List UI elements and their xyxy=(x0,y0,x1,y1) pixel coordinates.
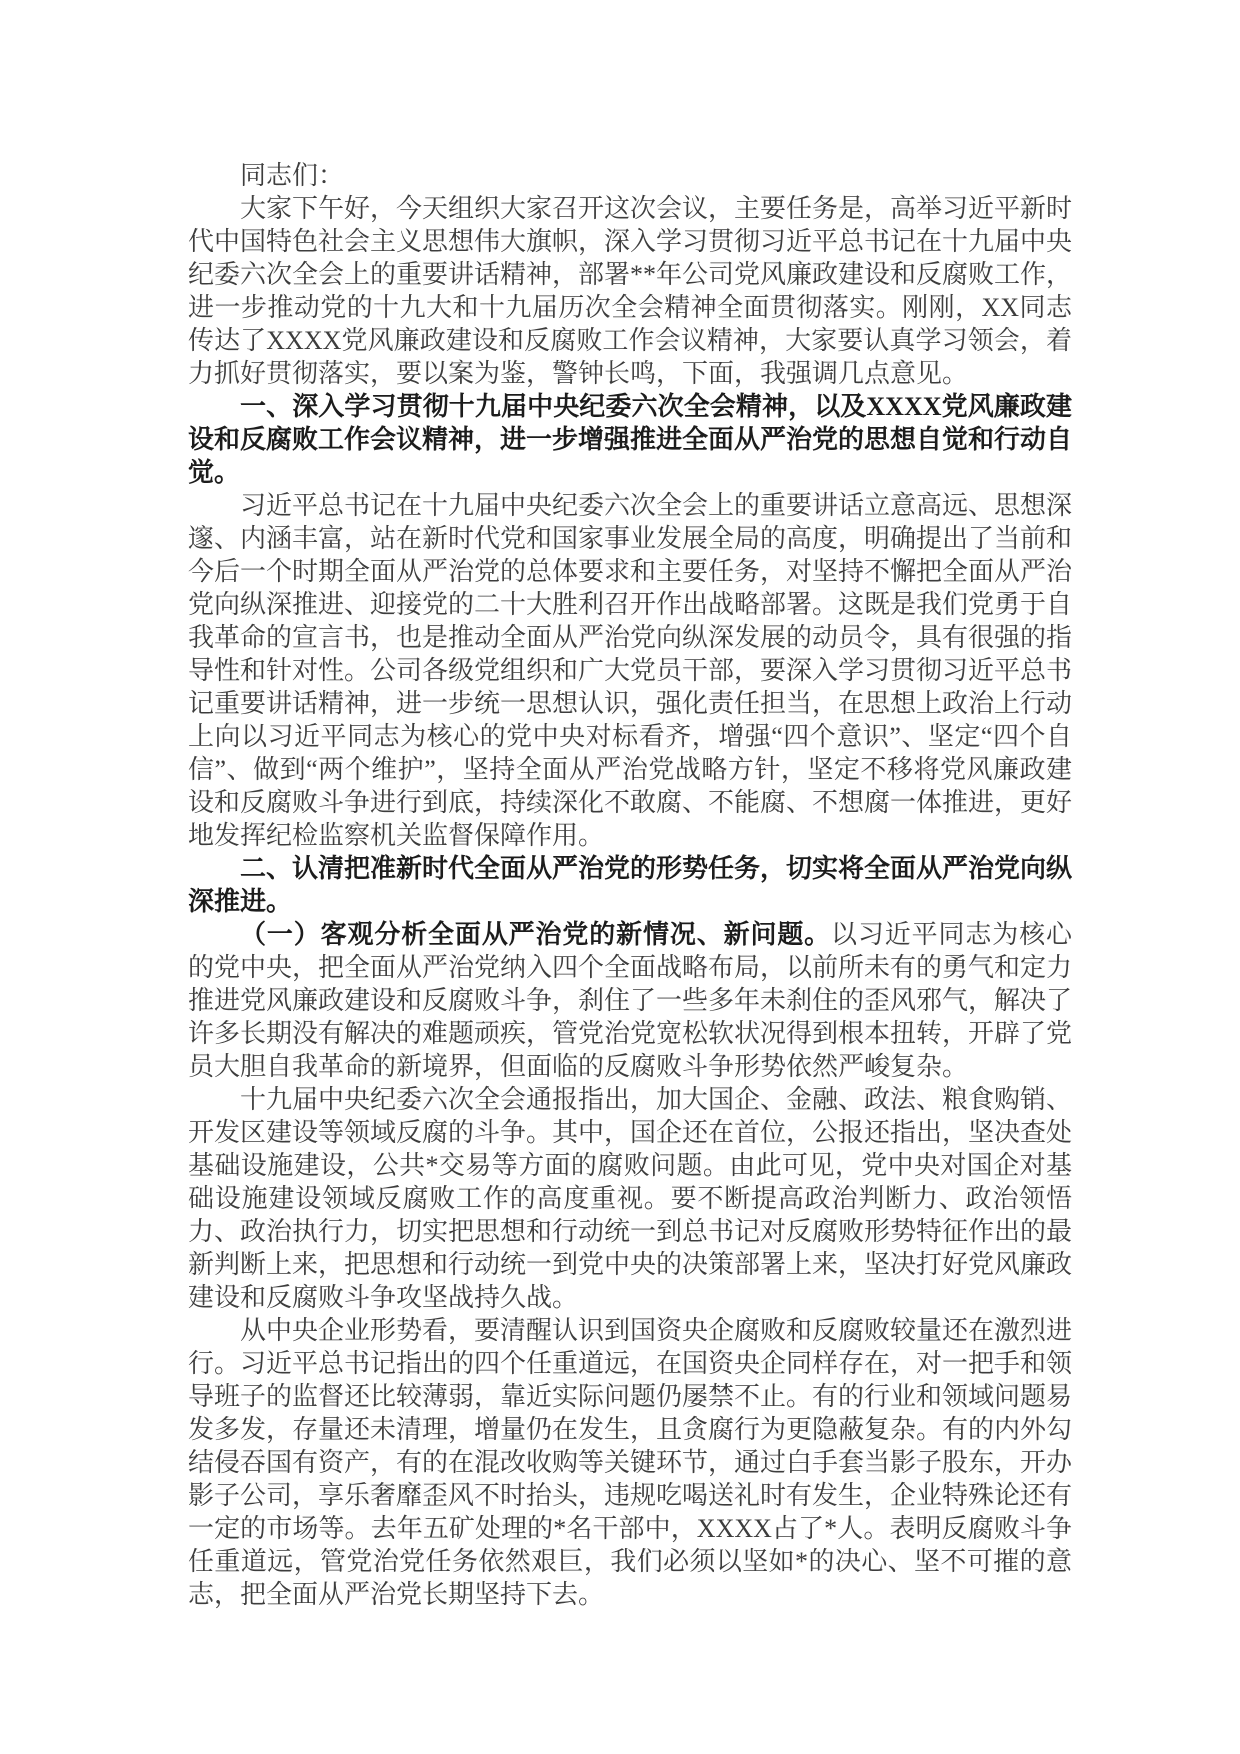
paragraph: （一）客观分析全面从严治党的新情况、新问题。以习近平同志为核心的党中央，把全面从… xyxy=(188,918,1072,1083)
paragraph: 大家下午好，今天组织大家召开这次会议，主要任务是，高举习近平新时代中国特色社会主… xyxy=(188,192,1072,390)
paragraph: 从中央企业形势看，要清醒认识到国资央企腐败和反腐败较量还在激烈进行。习近平总书记… xyxy=(188,1314,1072,1611)
paragraph-lead: （一）客观分析全面从严治党的新情况、新问题。 xyxy=(240,920,831,949)
section-heading: 一、深入学习贯彻十九届中央纪委六次全会精神，以及XXXX党风廉政建设和反腐败工作… xyxy=(188,390,1072,489)
paragraph: 习近平总书记在十九届中央纪委六次全会上的重要讲话立意高远、思想深邃、内涵丰富，站… xyxy=(188,489,1072,852)
paragraph: 同志们： xyxy=(188,159,1072,192)
document-page: 同志们：大家下午好，今天组织大家召开这次会议，主要任务是，高举习近平新时代中国特… xyxy=(0,0,1240,1754)
paragraph: 十九届中央纪委六次全会通报指出，加大国企、金融、政法、粮食购销、开发区建设等领域… xyxy=(188,1083,1072,1314)
section-heading: 二、认清把准新时代全面从严治党的形势任务，切实将全面从严治党向纵深推进。 xyxy=(188,852,1072,918)
document-body: 同志们：大家下午好，今天组织大家召开这次会议，主要任务是，高举习近平新时代中国特… xyxy=(188,159,1072,1611)
